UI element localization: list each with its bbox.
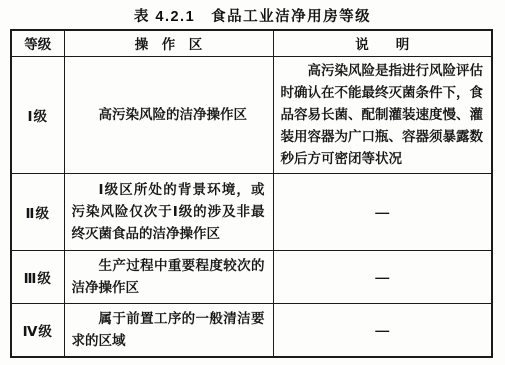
table-caption: 表 4.2.1 食品工业洁净用房等级 [0,5,505,26]
grade-cell: Ⅱ级 [11,173,64,250]
cleanroom-grade-table: 等级 操 作 区 说 明 Ⅰ级 高污染风险的洁净操作区 高污染风险是指进行风险评… [10,29,493,358]
grade-cell: Ⅳ级 [11,303,64,357]
zone-cell: 高污染风险的洁净操作区 [64,56,273,173]
zone-text: 高污染风险的洁净操作区 [65,101,273,129]
zone-cell: 属于前置工序的一般清洁要求的区域 [64,303,273,357]
table-row-grade-1: Ⅰ级 高污染风险的洁净操作区 高污染风险是指进行风险评估时确认在不能最终灭菌条件… [11,56,492,173]
table-row-grade-4: Ⅳ级 属于前置工序的一般清洁要求的区域 — [11,303,492,357]
note-cell: — [273,250,492,303]
table-header-row: 等级 操 作 区 说 明 [11,30,492,56]
table-row-grade-2: Ⅱ级 Ⅰ级区所处的背景环境，或污染风险仅次于Ⅰ级的涉及非最终灭菌食品的洁净操作区… [11,173,492,250]
zone-text: 属于前置工序的一般清洁要求的区域 [65,305,273,355]
zone-cell: 生产过程中重要程度较次的洁净操作区 [64,250,273,303]
col-header-grade: 等级 [11,30,64,56]
note-cell: — [273,303,492,357]
note-dash: — [274,269,492,285]
col-header-explanation: 说 明 [273,30,492,56]
note-dash: — [274,322,492,338]
grade-cell: Ⅰ级 [11,56,64,173]
note-cell: — [273,173,492,250]
zone-cell: Ⅰ级区所处的背景环境，或污染风险仅次于Ⅰ级的涉及非最终灭菌食品的洁净操作区 [64,173,273,250]
col-header-operation-zone: 操 作 区 [64,30,273,56]
grade-cell: Ⅲ级 [11,250,64,303]
table-row-grade-3: Ⅲ级 生产过程中重要程度较次的洁净操作区 — [11,250,492,303]
note-dash: — [274,204,492,220]
document-page: 表 4.2.1 食品工业洁净用房等级 等级 操 作 区 说 明 Ⅰ级 高污染风险… [0,0,505,365]
note-text: 高污染风险是指进行风险评估时确认在不能最终灭菌条件下，食品容易长菌、配制灌装速度… [274,57,492,173]
note-cell: 高污染风险是指进行风险评估时确认在不能最终灭菌条件下，食品容易长菌、配制灌装速度… [273,56,492,173]
zone-text: Ⅰ级区所处的背景环境，或污染风险仅次于Ⅰ级的涉及非最终灭菌食品的洁净操作区 [65,176,273,248]
zone-text: 生产过程中重要程度较次的洁净操作区 [65,252,273,302]
